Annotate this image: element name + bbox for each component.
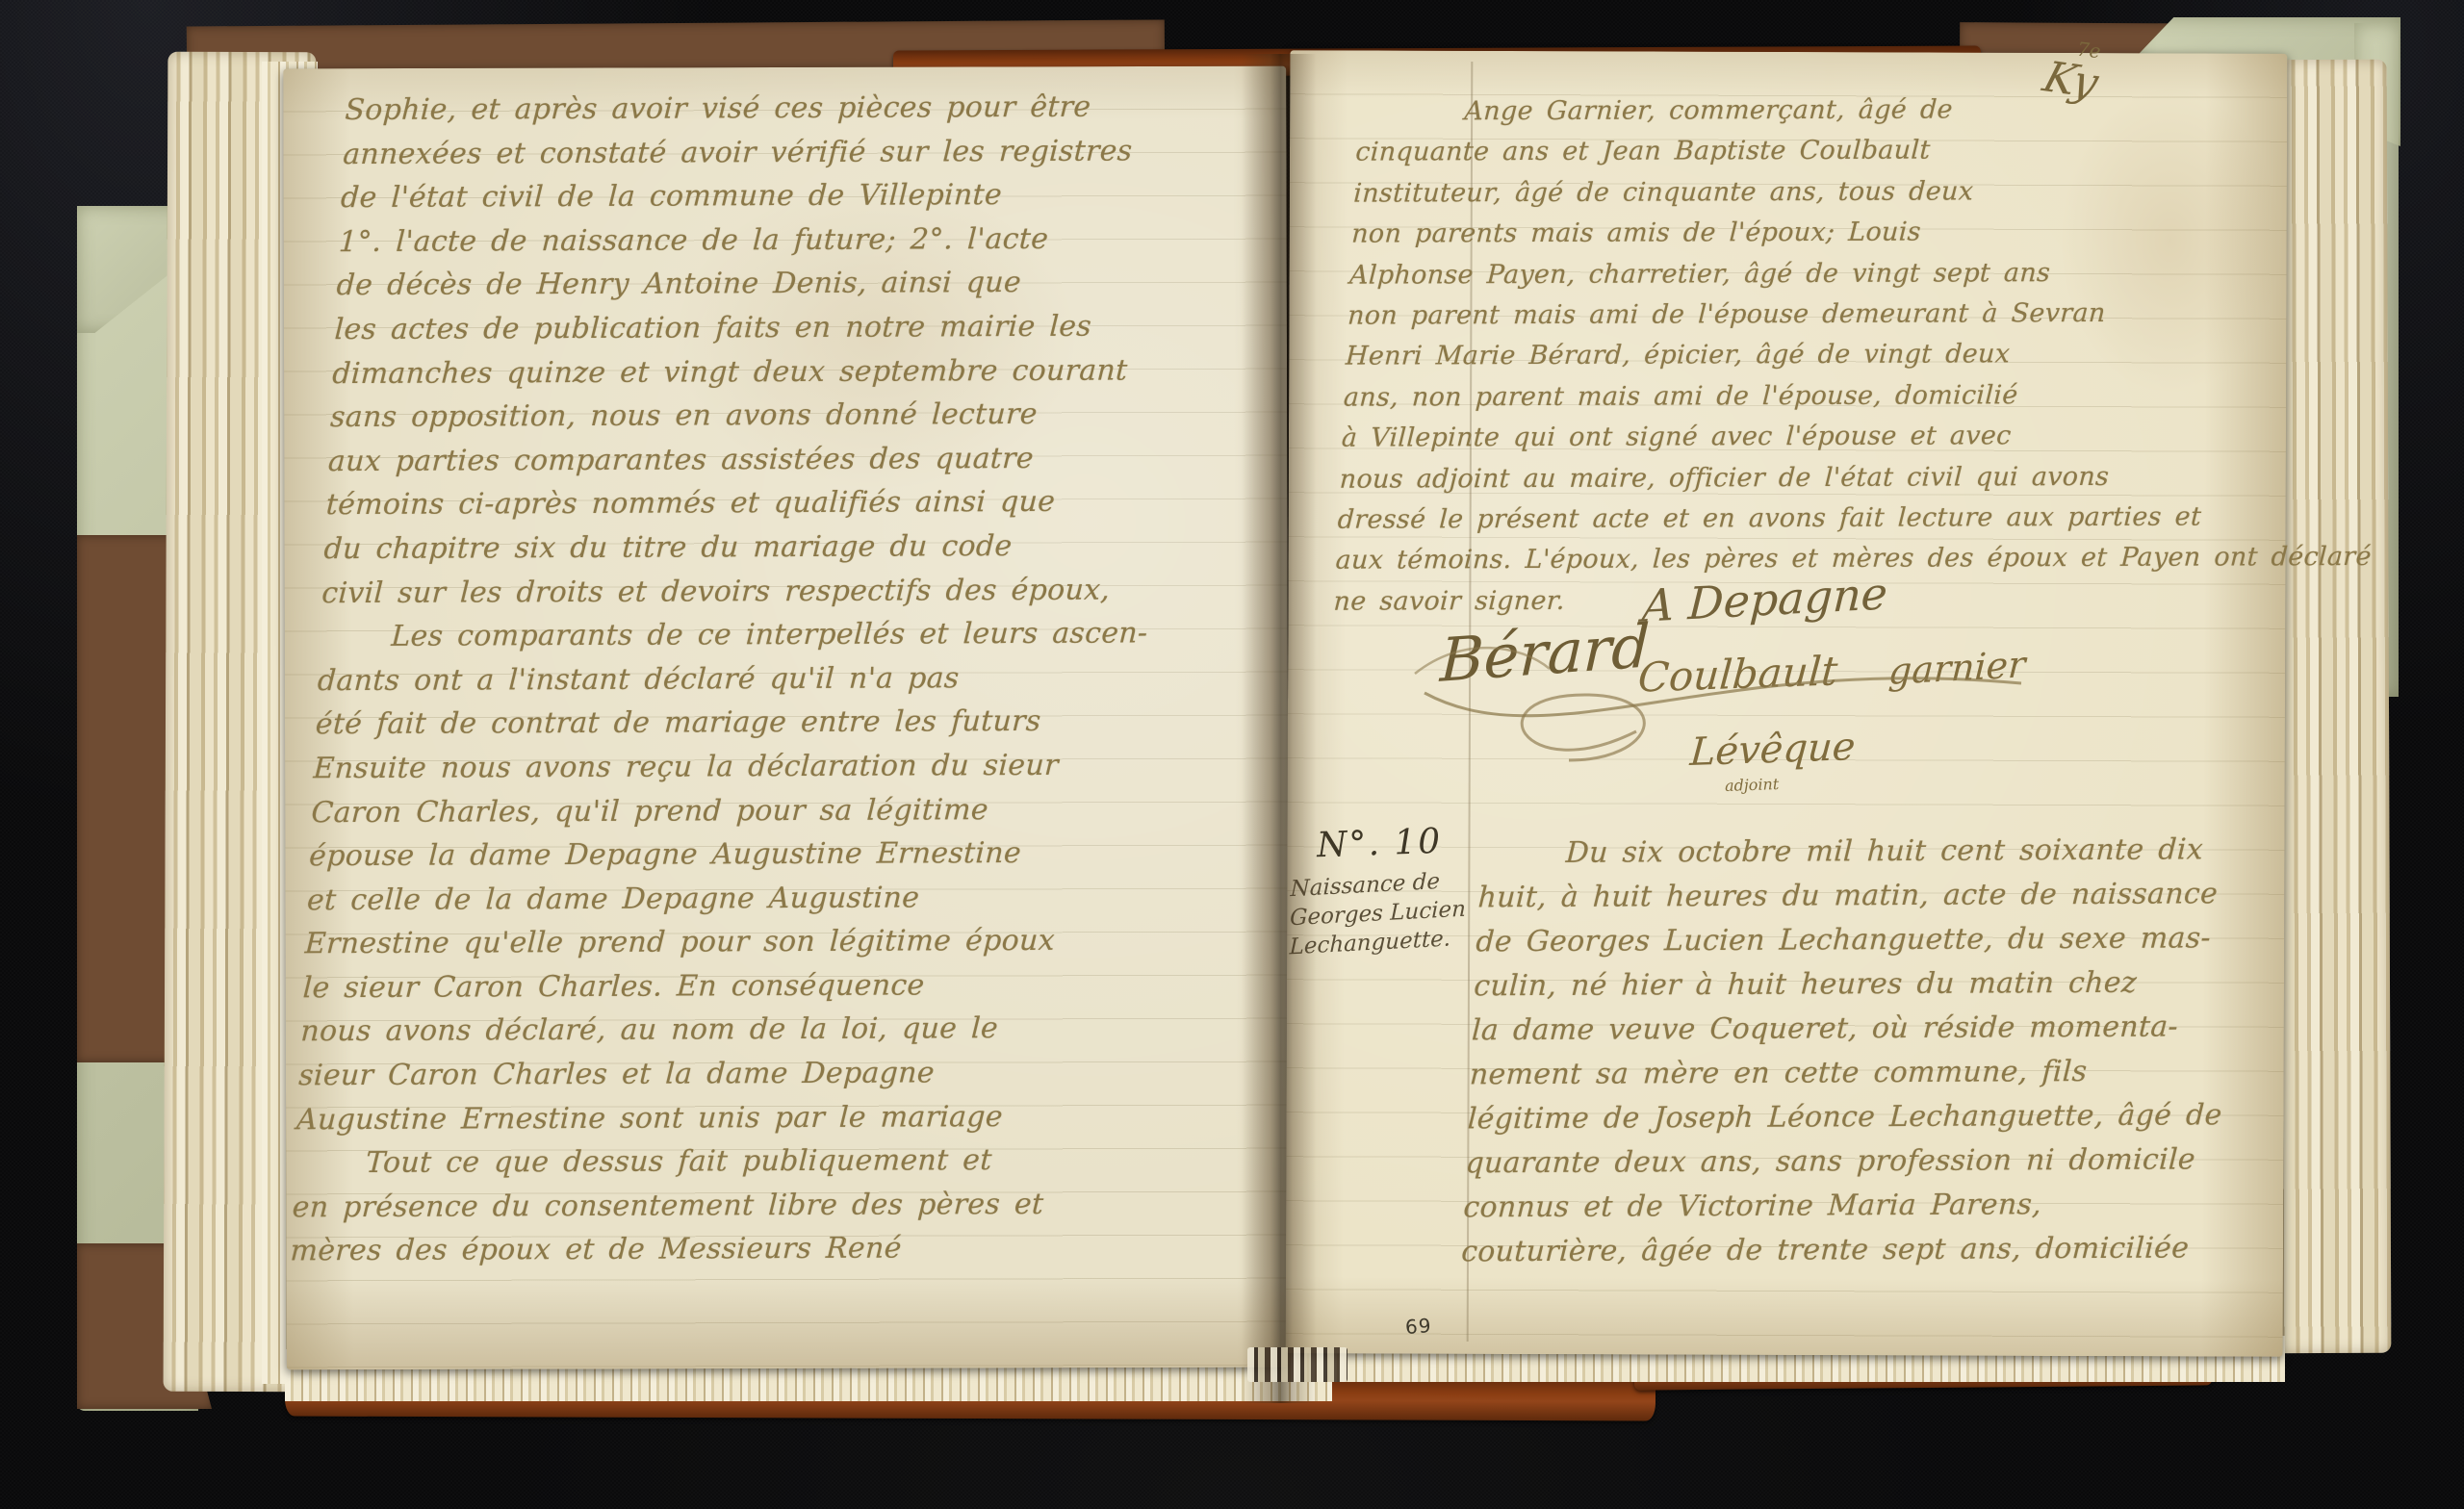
registry-book-photo: Sophie, et après avoir visé ces pièces p… — [0, 0, 2464, 1509]
birth-act-margin-number: N°. 10 — [1316, 822, 1443, 866]
registry-line: épouse la dame Depagne Augustine Ernesti… — [308, 831, 1272, 879]
registry-line: à Villepinte qui ont signé avec l'épouse… — [1341, 416, 2267, 460]
registry-line: du chapitre six du titre du mariage du c… — [322, 524, 1287, 572]
registry-line: civil sur les droits et devoirs respecti… — [321, 567, 1285, 615]
registry-line: en présence du consentement libre des pè… — [292, 1182, 1256, 1230]
marriage-act-conclusion-text: Ange Garnier, commerçant, âgé decinquant… — [1333, 89, 2283, 623]
registry-line: mères des époux et de Messieurs René — [289, 1225, 1253, 1273]
registry-line: nement sa mère en cette commune, fils — [1469, 1049, 2337, 1098]
book-gutter — [1242, 54, 1317, 1403]
registry-line: dimanches quinze et vingt deux septembre… — [331, 347, 1296, 396]
registry-line: Tout ce que dessus fait publiquement et — [294, 1138, 1258, 1186]
registry-line: les actes de publication faits en notre … — [333, 304, 1297, 352]
registry-line: de l'état civil de la commune de Villepi… — [340, 172, 1304, 220]
registry-line: huit, à huit heures du matin, acte de na… — [1477, 872, 2346, 921]
registry-line: légitime de Joseph Léonce Lechanguette, … — [1467, 1093, 2335, 1142]
registry-line: Sophie, et après avoir visé ces pièces p… — [344, 85, 1308, 133]
registry-line: couturière, âgée de trente sept ans, dom… — [1460, 1226, 2328, 1275]
registry-line: 1°. l'acte de naissance de la future; 2°… — [338, 216, 1302, 264]
registry-line: de Georges Lucien Lechanguette, du sexe … — [1475, 916, 2343, 965]
registry-line: sieur Caron Charles et la dame Depagne — [297, 1050, 1262, 1098]
registry-line: connus et de Victorine Maria Parens, — [1462, 1182, 2330, 1231]
registry-line: non parents mais amis de l'époux; Louis — [1350, 212, 2276, 256]
folio-number: 69 — [1404, 1314, 1432, 1339]
marriage-act-left-page-text: Sophie, et après avoir visé ces pièces p… — [289, 85, 1308, 1274]
registry-line: le sieur Caron Charles. En conséquence — [302, 962, 1267, 1010]
registry-line: ans, non parent mais ami de l'épouse, do… — [1343, 374, 2269, 419]
registry-line: Les comparants de ce interpellés et leur… — [319, 611, 1283, 659]
registry-line: été fait de contrat de mariage entre les… — [315, 699, 1279, 747]
registry-line: dressé le présent acte et en avons fait … — [1337, 497, 2263, 541]
registry-line: cinquante ans et Jean Baptiste Coulbault — [1354, 130, 2280, 174]
registry-line: non parent mais ami de l'épouse demeuran… — [1347, 293, 2272, 337]
birth-act-text: Du six octobre mil huit cent soixante di… — [1460, 828, 2348, 1275]
registry-line: Alphonse Payen, charretier, âgé de vingt… — [1348, 252, 2274, 296]
registry-line: aux parties comparantes assistées des qu… — [327, 436, 1292, 484]
registry-line: Du six octobre mil huit cent soixante di… — [1479, 828, 2348, 877]
registry-line: Ernestine qu'elle prend pour son légitim… — [304, 918, 1269, 966]
signature-flourish — [1405, 616, 2040, 808]
registry-line: et celle de la dame Depagne Augustine — [306, 875, 1270, 923]
registry-line: de décès de Henry Antoine Denis, ainsi q… — [336, 260, 1300, 308]
registry-line: Ange Garnier, commerçant, âgé de — [1356, 89, 2282, 133]
birth-act-margin-note: Naissance deGeorges LucienLechanguette. — [1289, 865, 1482, 962]
registry-line: la dame veuve Coqueret, où réside moment… — [1471, 1005, 2339, 1054]
registry-line: Augustine Ernestine sont unis par le mar… — [295, 1094, 1260, 1142]
registry-line: dants ont a l'instant déclaré qu'il n'a … — [317, 655, 1281, 703]
registry-line: nous adjoint au maire, officier de l'éta… — [1339, 456, 2265, 500]
registry-line: sans opposition, nous en avons donné lec… — [329, 392, 1294, 440]
registry-line: Henri Marie Bérard, épicier, âgé de ving… — [1345, 334, 2271, 378]
registry-line: Caron Charles, qu'il prend pour sa légit… — [310, 786, 1274, 834]
registry-line: annexées et constaté avoir vérifié sur l… — [342, 128, 1306, 176]
registry-line: nous avons déclaré, au nom de la loi, qu… — [299, 1006, 1264, 1054]
gutter-stitching — [1247, 1347, 1347, 1382]
registry-line: quarante deux ans, sans profession ni do… — [1464, 1138, 2332, 1187]
registry-line: culin, né hier à huit heures du matin ch… — [1473, 960, 2341, 1010]
registry-line: Ensuite nous avons reçu la déclaration d… — [313, 743, 1277, 791]
registry-line: instituteur, âgé de cinquante ans, tous … — [1352, 170, 2278, 215]
registry-line: témoins ci-après nommés et qualifiés ain… — [325, 479, 1290, 527]
